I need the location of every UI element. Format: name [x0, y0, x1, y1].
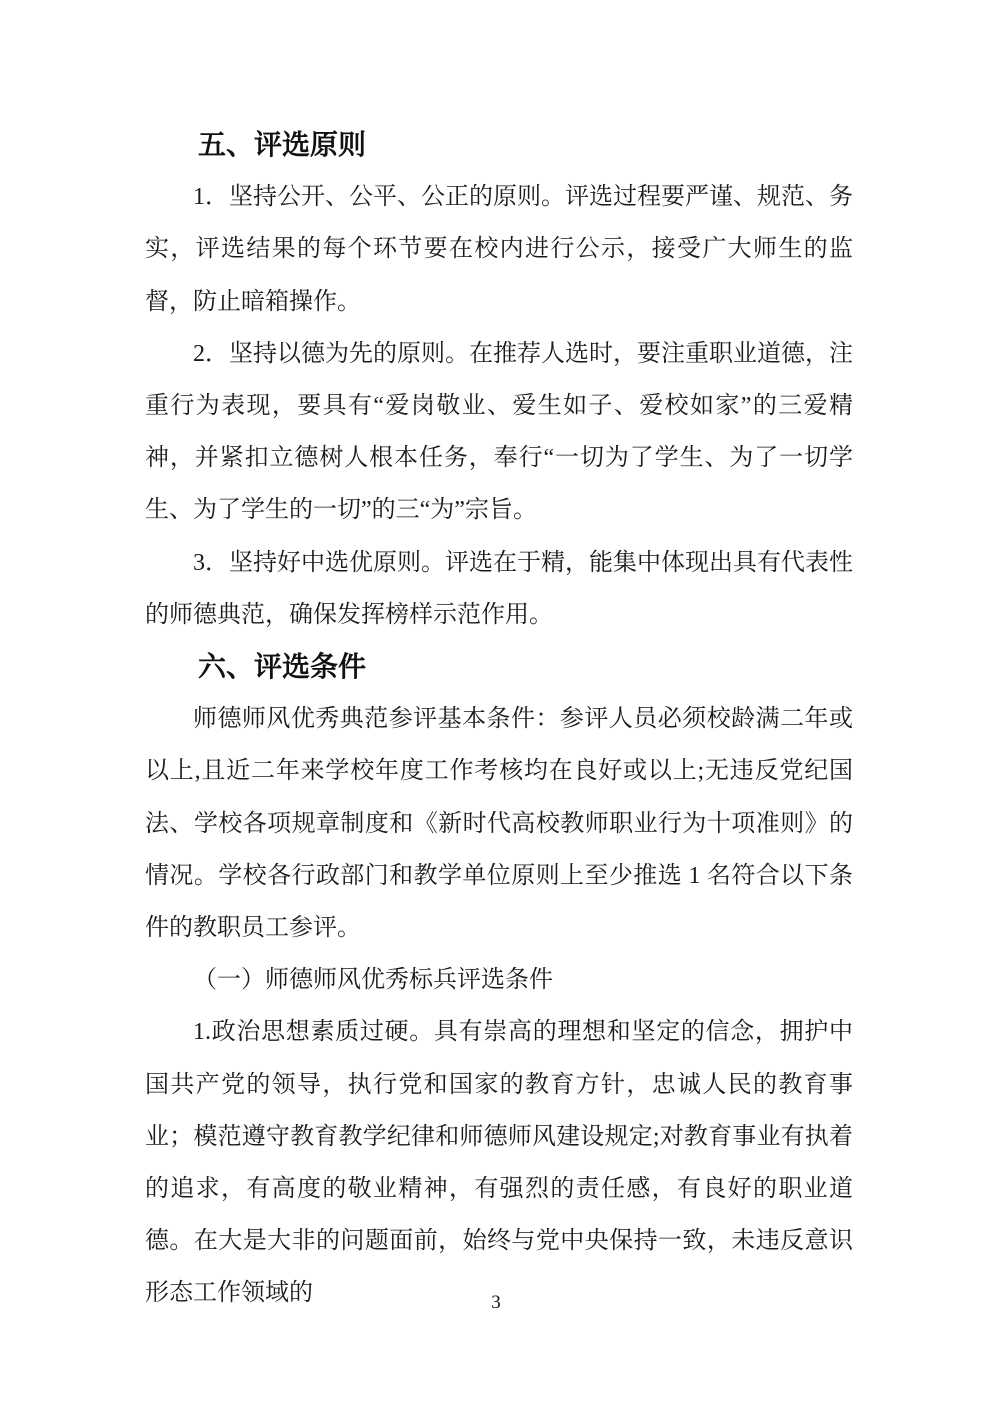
page-number: 3 [0, 1292, 992, 1314]
paragraph-basic-conditions: 师德师风优秀典范参评基本条件：参评人员必须校龄满二年或以上,且近二年来学校年度工… [145, 693, 853, 954]
document-page: 五、评选原则 1．坚持公开、公平、公正的原则。评选过程要严谨、规范、务实，评选结… [0, 0, 992, 1403]
section-heading-6: 六、评选条件 [145, 641, 853, 693]
document-body: 五、评选原则 1．坚持公开、公平、公正的原则。评选过程要严谨、规范、务实，评选结… [145, 119, 853, 1320]
paragraph-principle-1: 1．坚持公开、公平、公正的原则。评选过程要严谨、规范、务实，评选结果的每个环节要… [145, 171, 853, 328]
paragraph-principle-2: 2．坚持以德为先的原则。在推荐人选时，要注重职业道德，注重行为表现，要具有“爱岗… [145, 328, 853, 537]
paragraph-subsection-1-title: （一）师德师风优秀标兵评选条件 [145, 954, 853, 1006]
section-heading-5: 五、评选原则 [145, 119, 853, 171]
paragraph-condition-1: 1.政治思想素质过硬。具有崇高的理想和坚定的信念，拥护中国共产党的领导，执行党和… [145, 1006, 853, 1319]
paragraph-principle-3: 3．坚持好中选优原则。评选在于精，能集中体现出具有代表性的师德典范，确保发挥榜样… [145, 537, 853, 641]
